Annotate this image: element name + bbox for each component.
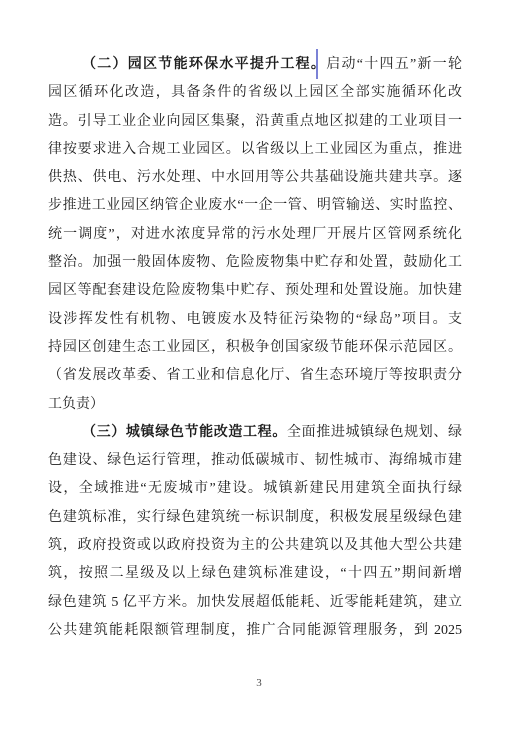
text-line: 工负责） [48, 391, 462, 419]
text-line: 持园区创建生态工业园区，积极争创国家级节能环保示范园区。 [48, 334, 462, 362]
text-line: 设涉挥发性有机物、电镀废水及特征污染物的“绿岛”项目。支 [48, 306, 462, 334]
text-line: 统一调度”，对进水浓度异常的污水处理厂开展片区管网系统化 [48, 221, 462, 249]
text-line: 整治。加强一般固体废物、危险废物集中贮存和处置，鼓励化工 [48, 249, 462, 277]
text-line: 筑，按照二星级及以上绿色建筑标准建设，“十四五”期间新增 [48, 560, 462, 588]
text-line: （三）城镇绿色节能改造工程。全面推进城镇绿色规划、绿 [48, 419, 462, 447]
document-text-area[interactable]: （二）园区节能环保水平提升工程。启动“十四五”新一轮园区循环化改造，具备条件的省… [48, 51, 462, 645]
section-heading: （三）城镇绿色节能改造工程。 [82, 425, 287, 440]
text-line: 设，全域推进“无废城市”建设。城镇新建民用建筑全面执行绿 [48, 475, 462, 503]
text-line: 供热、供电、污水处理、中水回用等公共基础设施共建共享。逐 [48, 164, 462, 192]
text-line: 园区循环化改造，具备条件的省级以上园区全部实施循环化改 [48, 79, 462, 107]
section-heading: （二）园区节能环保水平提升工程。 [82, 57, 326, 72]
page-number: 3 [256, 677, 262, 689]
text-line: （省发展改革委、省工业和信息化厅、省生态环境厅等按职责分 [48, 362, 462, 390]
text-line: 步推进工业园区纳管企业废水“一企一管、明管输送、实时监控、 [48, 192, 462, 220]
document-page: （二）园区节能环保水平提升工程。启动“十四五”新一轮园区循环化改造，具备条件的省… [0, 0, 518, 733]
text-line: 园区等配套建设危险废物集中贮存、预处理和处置设施。加快建 [48, 277, 462, 305]
text-line: 公共建筑能耗限额管理制度，推广合同能源管理服务，到 2025 [48, 617, 462, 645]
text-line: 绿色建筑 5 亿平方米。加快发展超低能耗、近零能耗建筑，建立 [48, 589, 462, 617]
text-cursor [316, 49, 318, 79]
text-line: 色建筑标准，实行绿色建筑统一标识制度，积极发展星级绿色建 [48, 504, 462, 532]
text-line: 律按要求进入合规工业园区。以省级以上工业园区为重点，推进 [48, 136, 462, 164]
text-line: 造。引导工业企业向园区集聚，沿黄重点地区拟建的工业项目一 [48, 108, 462, 136]
text-line: 筑，政府投资或以政府投资为主的公共建筑以及其他大型公共建 [48, 532, 462, 560]
page-footer: 3 [0, 676, 518, 690]
text-line: 色建设、绿色运行管理，推动低碳城市、韧性城市、海绵城市建 [48, 447, 462, 475]
text-line: （二）园区节能环保水平提升工程。启动“十四五”新一轮 [48, 51, 462, 79]
